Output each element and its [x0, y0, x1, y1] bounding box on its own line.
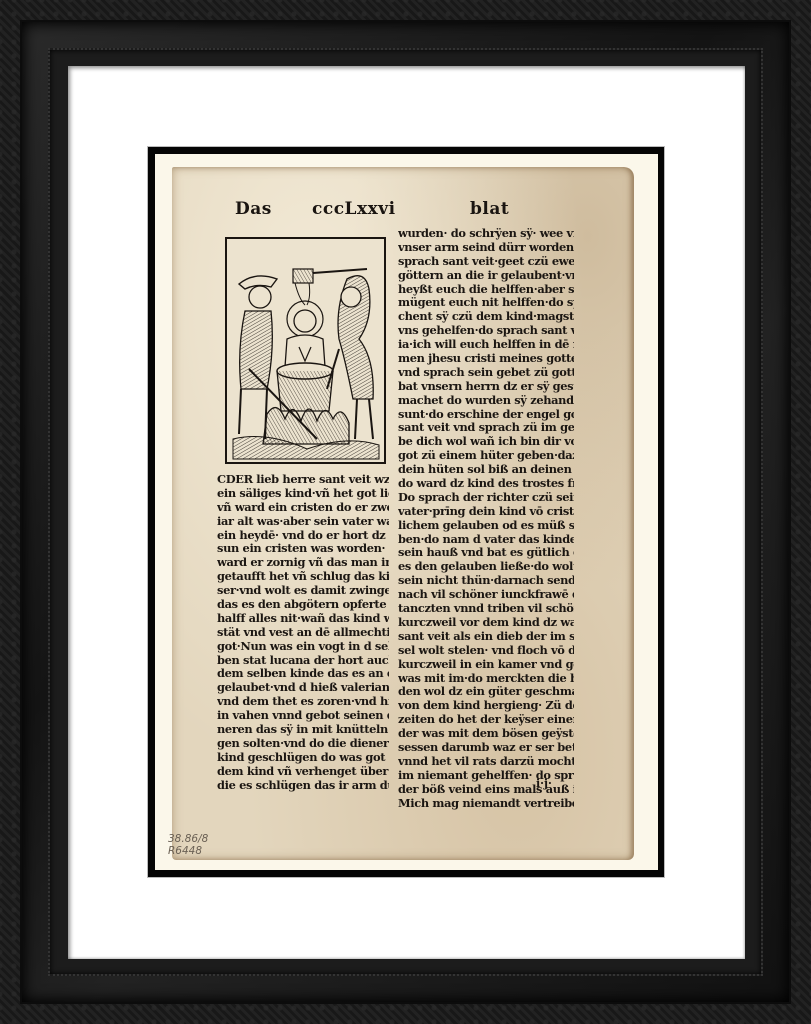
text-line: in vahen vnnd gebot seinen die- [217, 709, 389, 723]
text-line: CDER lieb herre sant veit wz [217, 473, 389, 487]
text-line: göttern an die ir gelaubent·vnd [398, 269, 574, 283]
text-line: chent sÿ czü dem kind·magst du [398, 310, 574, 324]
text-line: dem kind vñ verhenget über die [217, 765, 389, 779]
text-line: vnd dem thet es zoren·vnd hieß [217, 695, 389, 709]
text-line: vnnd het vil rats darzü mochte [398, 755, 574, 769]
text-line: mügent euch nit helffen·do spra- [398, 296, 574, 310]
text-line: neren das sÿ in mit knütteln schla [217, 723, 389, 737]
text-line: die es schlügen das ir arm dürre [217, 779, 389, 793]
text-line: vns gehelfen·do sprach sant veit [398, 324, 574, 338]
text-line: von dem kind hergieng· Zü den [398, 699, 574, 713]
text-line: Do sprach der richter czü seinem [398, 491, 574, 505]
text-line: ben·do nam d vater das kinde in [398, 533, 574, 547]
header-blat: blat [470, 199, 509, 219]
text-line: Mich mag niemandt vertreiben [398, 797, 574, 811]
text-line: do ward dz kind des trostes fro [398, 477, 574, 491]
text-line: vñ ward ein cristen do er zwelff [217, 501, 389, 515]
text-line: getaufft het vñ schlug das kind [217, 570, 389, 584]
header-das: Das [235, 199, 272, 219]
text-line: der was mit dem bösen geÿste be [398, 727, 574, 741]
text-line: got·Nun was ein vogt in d sel- [217, 640, 389, 654]
text-line: dem selben kinde das es an cristū [217, 667, 389, 681]
text-line: sant veit vnd sprach zü im geha [398, 421, 574, 435]
pencil-note-reference: R6448 [168, 845, 208, 857]
text-line: sein hauß vnd bat es gütlich das [398, 546, 574, 560]
text-line: gelaubet·vnd d hieß valerianus [217, 681, 389, 695]
text-line: iar alt was·aber sein vater waz [217, 515, 389, 529]
text-line: ser·vnd wolt es damit zwingen [217, 584, 389, 598]
pencil-inventory-notes: 38.86/8 R6448 [168, 833, 208, 857]
text-line: got zü einem hüter geben·daz ich [398, 449, 574, 463]
text-line: zeiten do het der keÿser einen sun [398, 713, 574, 727]
text-line: wurden· do schrÿen sÿ· wee vns [398, 227, 574, 241]
header-folio-number: cccLxxvi [312, 199, 396, 219]
text-line: heyßt euch die helffen·aber sÿ en [398, 283, 574, 297]
text-line: dein hüten sol biß an deinen tod· [398, 463, 574, 477]
text-line: machet do wurden sÿ zehand ge [398, 394, 574, 408]
text-line: sessen darumb waz er ser betrübt [398, 741, 574, 755]
text-line: men jhesu cristi meines gottes· [398, 352, 574, 366]
text-line: vnser arm seind dürr worden·do [398, 241, 574, 255]
text-line: gen solten·vnd do die diener das [217, 737, 389, 751]
pencil-note-accession: 38.86/8 [168, 833, 208, 845]
woodcut-illustration [225, 237, 386, 464]
text-line: lichem gelauben od es müß ster- [398, 519, 574, 533]
saint-in-cauldron-woodcut [227, 239, 384, 462]
right-text-column: wurden· do schrÿen sÿ· wee vns vnser arm… [398, 227, 574, 810]
text-line: ia·ich will euch helffen in dē na- [398, 338, 574, 352]
text-line: was mit im·do merckten die hei [398, 672, 574, 686]
text-line: sein nicht thün·darnach sendet er [398, 574, 574, 588]
text-line: tanczten vnnd triben vil schöner [398, 602, 574, 616]
text-line: sunt·do erschine der engel gottes [398, 408, 574, 422]
text-line: nach vil schöner iunckfrawē die [398, 588, 574, 602]
text-line: halff alles nit·wañ das kind wz [217, 612, 389, 626]
text-line: vnd sprach sein gebet zü gott·vñ [398, 366, 574, 380]
left-text-column: CDER lieb herre sant veit wz ein säliges… [217, 473, 389, 792]
text-line: den wol dz ein güter geschmack [398, 685, 574, 699]
text-line: sun ein cristen was worden· do [217, 542, 389, 556]
text-line: be dich wol wañ ich bin dir von [398, 435, 574, 449]
text-line: bat vnsern herrn dz er sÿ gesunt [398, 380, 574, 394]
text-line: vater·prīng dein kind vō cristen [398, 505, 574, 519]
text-line: ward er zornig vñ das man in [217, 556, 389, 570]
signature-mark: i·j· [536, 777, 552, 790]
text-line: das es den abgötern opferte das [217, 598, 389, 612]
text-line: kind geschlügen do was got mit [217, 751, 389, 765]
text-line: sant veit als ein dieb der im sein [398, 630, 574, 644]
text-line: kurczweil in ein kamer vnd got [398, 658, 574, 672]
text-line: es den gelauben ließe·do wolt es [398, 560, 574, 574]
text-line: ein heydē· vnd do er hort dz sein [217, 529, 389, 543]
text-line: stät vnd vest an dē allmechtigen [217, 626, 389, 640]
text-line: kurczweil vor dem kind dz was [398, 616, 574, 630]
text-line: ein säliges kind·vñ het got lieb· [217, 487, 389, 501]
text-line: ben stat lucana der hort auch von [217, 654, 389, 668]
text-line: sel wolt stelen· vnd floch vō der [398, 644, 574, 658]
text-line: sprach sant veit·geet czü eweren [398, 255, 574, 269]
